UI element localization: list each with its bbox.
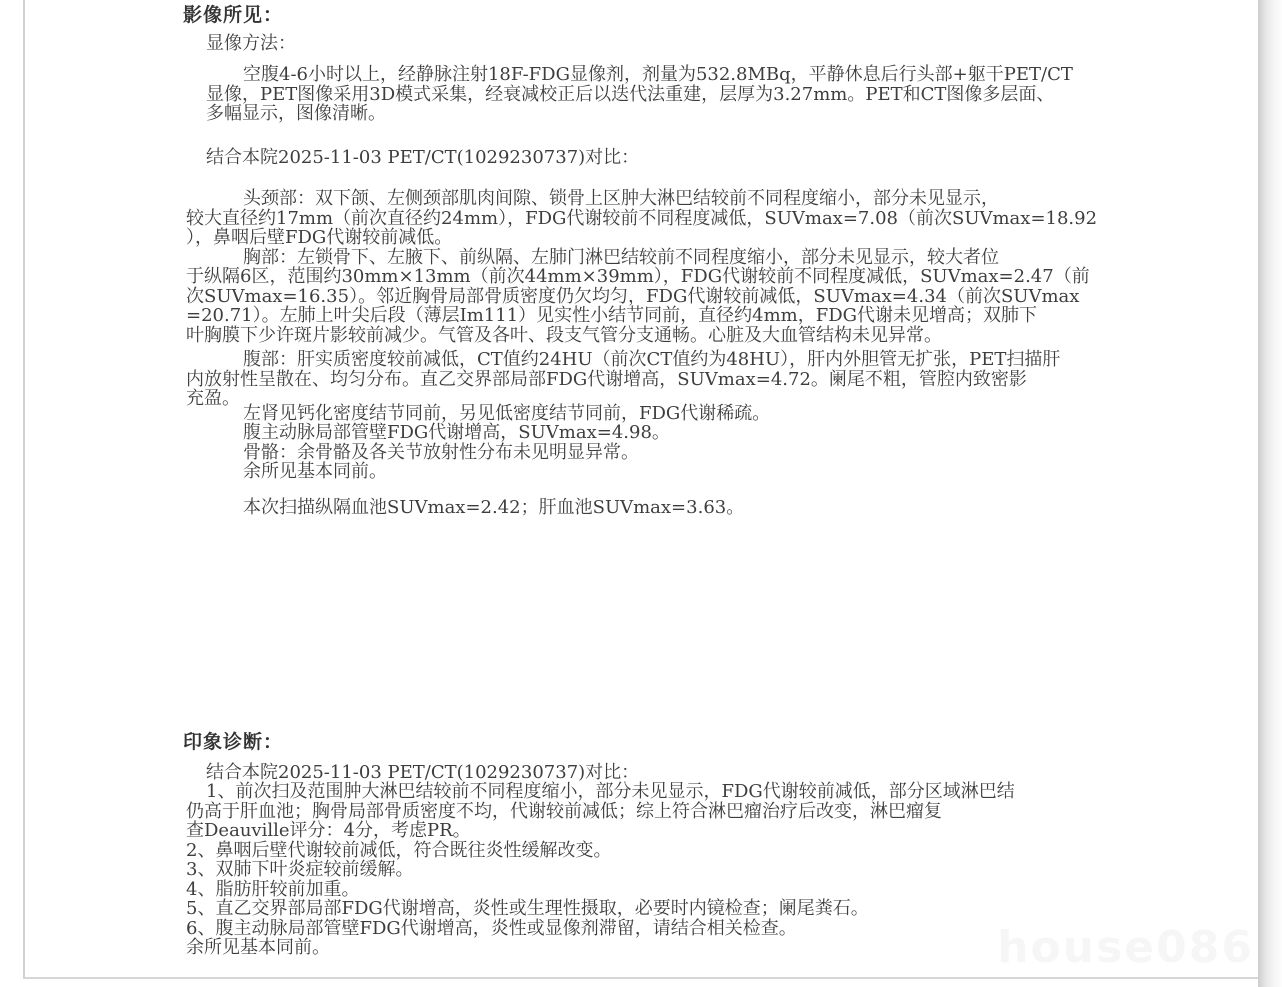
impression-item: 仍高于肝血池；胸骨局部骨质密度不均，代谢较前减低；综上符合淋巴瘤治疗后改变，淋巴… <box>186 802 1146 822</box>
page-left-border <box>23 0 25 978</box>
chest-line: 胸部：左锁骨下、左腋下、前纵隔、左肺门淋巴结较前不同程度缩小，部分未见显示，较大… <box>243 248 1146 268</box>
method-label: 显像方法： <box>206 34 1146 54</box>
watermark-text: house086 <box>997 922 1254 973</box>
method-line: 显像，PET图像采用3D模式采集，经衰减校正后以迭代法重建，层厚为3.27mm。… <box>206 85 1146 105</box>
chest-line: 于纵隔6区，范围约30mm×13mm（前次44mm×39mm），FDG代谢较前不… <box>186 267 1146 287</box>
head-neck-line: 头颈部：双下颌、左侧颈部肌肉间隙、锁骨上区肿大淋巴结较前不同程度缩小，部分未见显… <box>243 189 1146 209</box>
impression-item: 1、前次扫及范围肿大淋巴结较前不同程度缩小，部分未见显示，FDG代谢较前减低，部… <box>206 782 1146 802</box>
chest-line: 次SUVmax=16.35）。邻近胸骨局部骨质密度仍欠均匀，FDG代谢较前减低，… <box>186 287 1146 307</box>
blood-pool-line: 本次扫描纵隔血池SUVmax=2.42；肝血池SUVmax=3.63。 <box>243 498 1146 518</box>
comparison-line: 结合本院2025-11-03 PET/CT(1029230737)对比： <box>206 763 1146 783</box>
impression-item: 2、鼻咽后壁代谢较前减低，符合既往炎性缓解改变。 <box>186 841 1146 861</box>
comparison-line: 结合本院2025-11-03 PET/CT(1029230737)对比： <box>206 148 1146 168</box>
page-bottom-border <box>23 977 1259 979</box>
method-line: 多幅显示，图像清晰。 <box>206 104 1146 124</box>
others-line: 余所见基本同前。 <box>243 462 1146 482</box>
kidney-line: 左肾见钙化密度结节同前，另见低密度结节同前，FDG代谢稀疏。 <box>243 404 1146 424</box>
head-neck-line: ），鼻咽后壁FDG代谢较前减低。 <box>186 228 1146 248</box>
method-line: 空腹4-6小时以上，经静脉注射18F-FDG显像剂，剂量为532.8MBq，平静… <box>243 65 1146 85</box>
bone-line: 骨骼：余骨骼及各关节放射性分布未见明显异常。 <box>243 443 1146 463</box>
impression-item: 5、直乙交界部局部FDG代谢增高，炎性或生理性摄取，必要时内镜检查；阑尾粪石。 <box>186 899 1146 919</box>
report-page: 影像所见： 显像方法： 空腹4-6小时以上，经静脉注射18F-FDG显像剂，剂量… <box>0 0 1282 987</box>
abdomen-line: 腹部：肝实质密度较前减低，CT值约24HU（前次CT值约为48HU），肝内外胆管… <box>243 350 1146 370</box>
head-neck-line: 较大直径约17mm（前次直径约24mm），FDG代谢较前不同程度减低，SUVma… <box>186 209 1146 229</box>
chest-line: 叶胸膜下少许斑片影较前减少。气管及各叶、段支气管分支通畅。心脏及大血管结构未见异… <box>186 326 1146 346</box>
chest-line: =20.71）。左肺上叶尖后段（薄层Im111）见实性小结节同前，直径约4mm，… <box>186 306 1146 326</box>
impression-heading: 印象诊断： <box>183 733 1146 753</box>
page-right-shadow <box>1258 0 1282 987</box>
impression-item: 3、双肺下叶炎症较前缓解。 <box>186 860 1146 880</box>
abdomen-line: 内放射性呈散在、均匀分布。直乙交界部局部FDG代谢增高，SUVmax=4.72。… <box>186 370 1146 390</box>
findings-heading: 影像所见： <box>183 6 1146 26</box>
aorta-line: 腹主动脉局部管壁FDG代谢增高，SUVmax=4.98。 <box>243 423 1146 443</box>
findings-section: 影像所见： 显像方法： 空腹4-6小时以上，经静脉注射18F-FDG显像剂，剂量… <box>186 6 1146 517</box>
impression-item: 查Deauville评分：4分，考虑PR。 <box>186 821 1146 841</box>
impression-item: 4、脂肪肝较前加重。 <box>186 880 1146 900</box>
